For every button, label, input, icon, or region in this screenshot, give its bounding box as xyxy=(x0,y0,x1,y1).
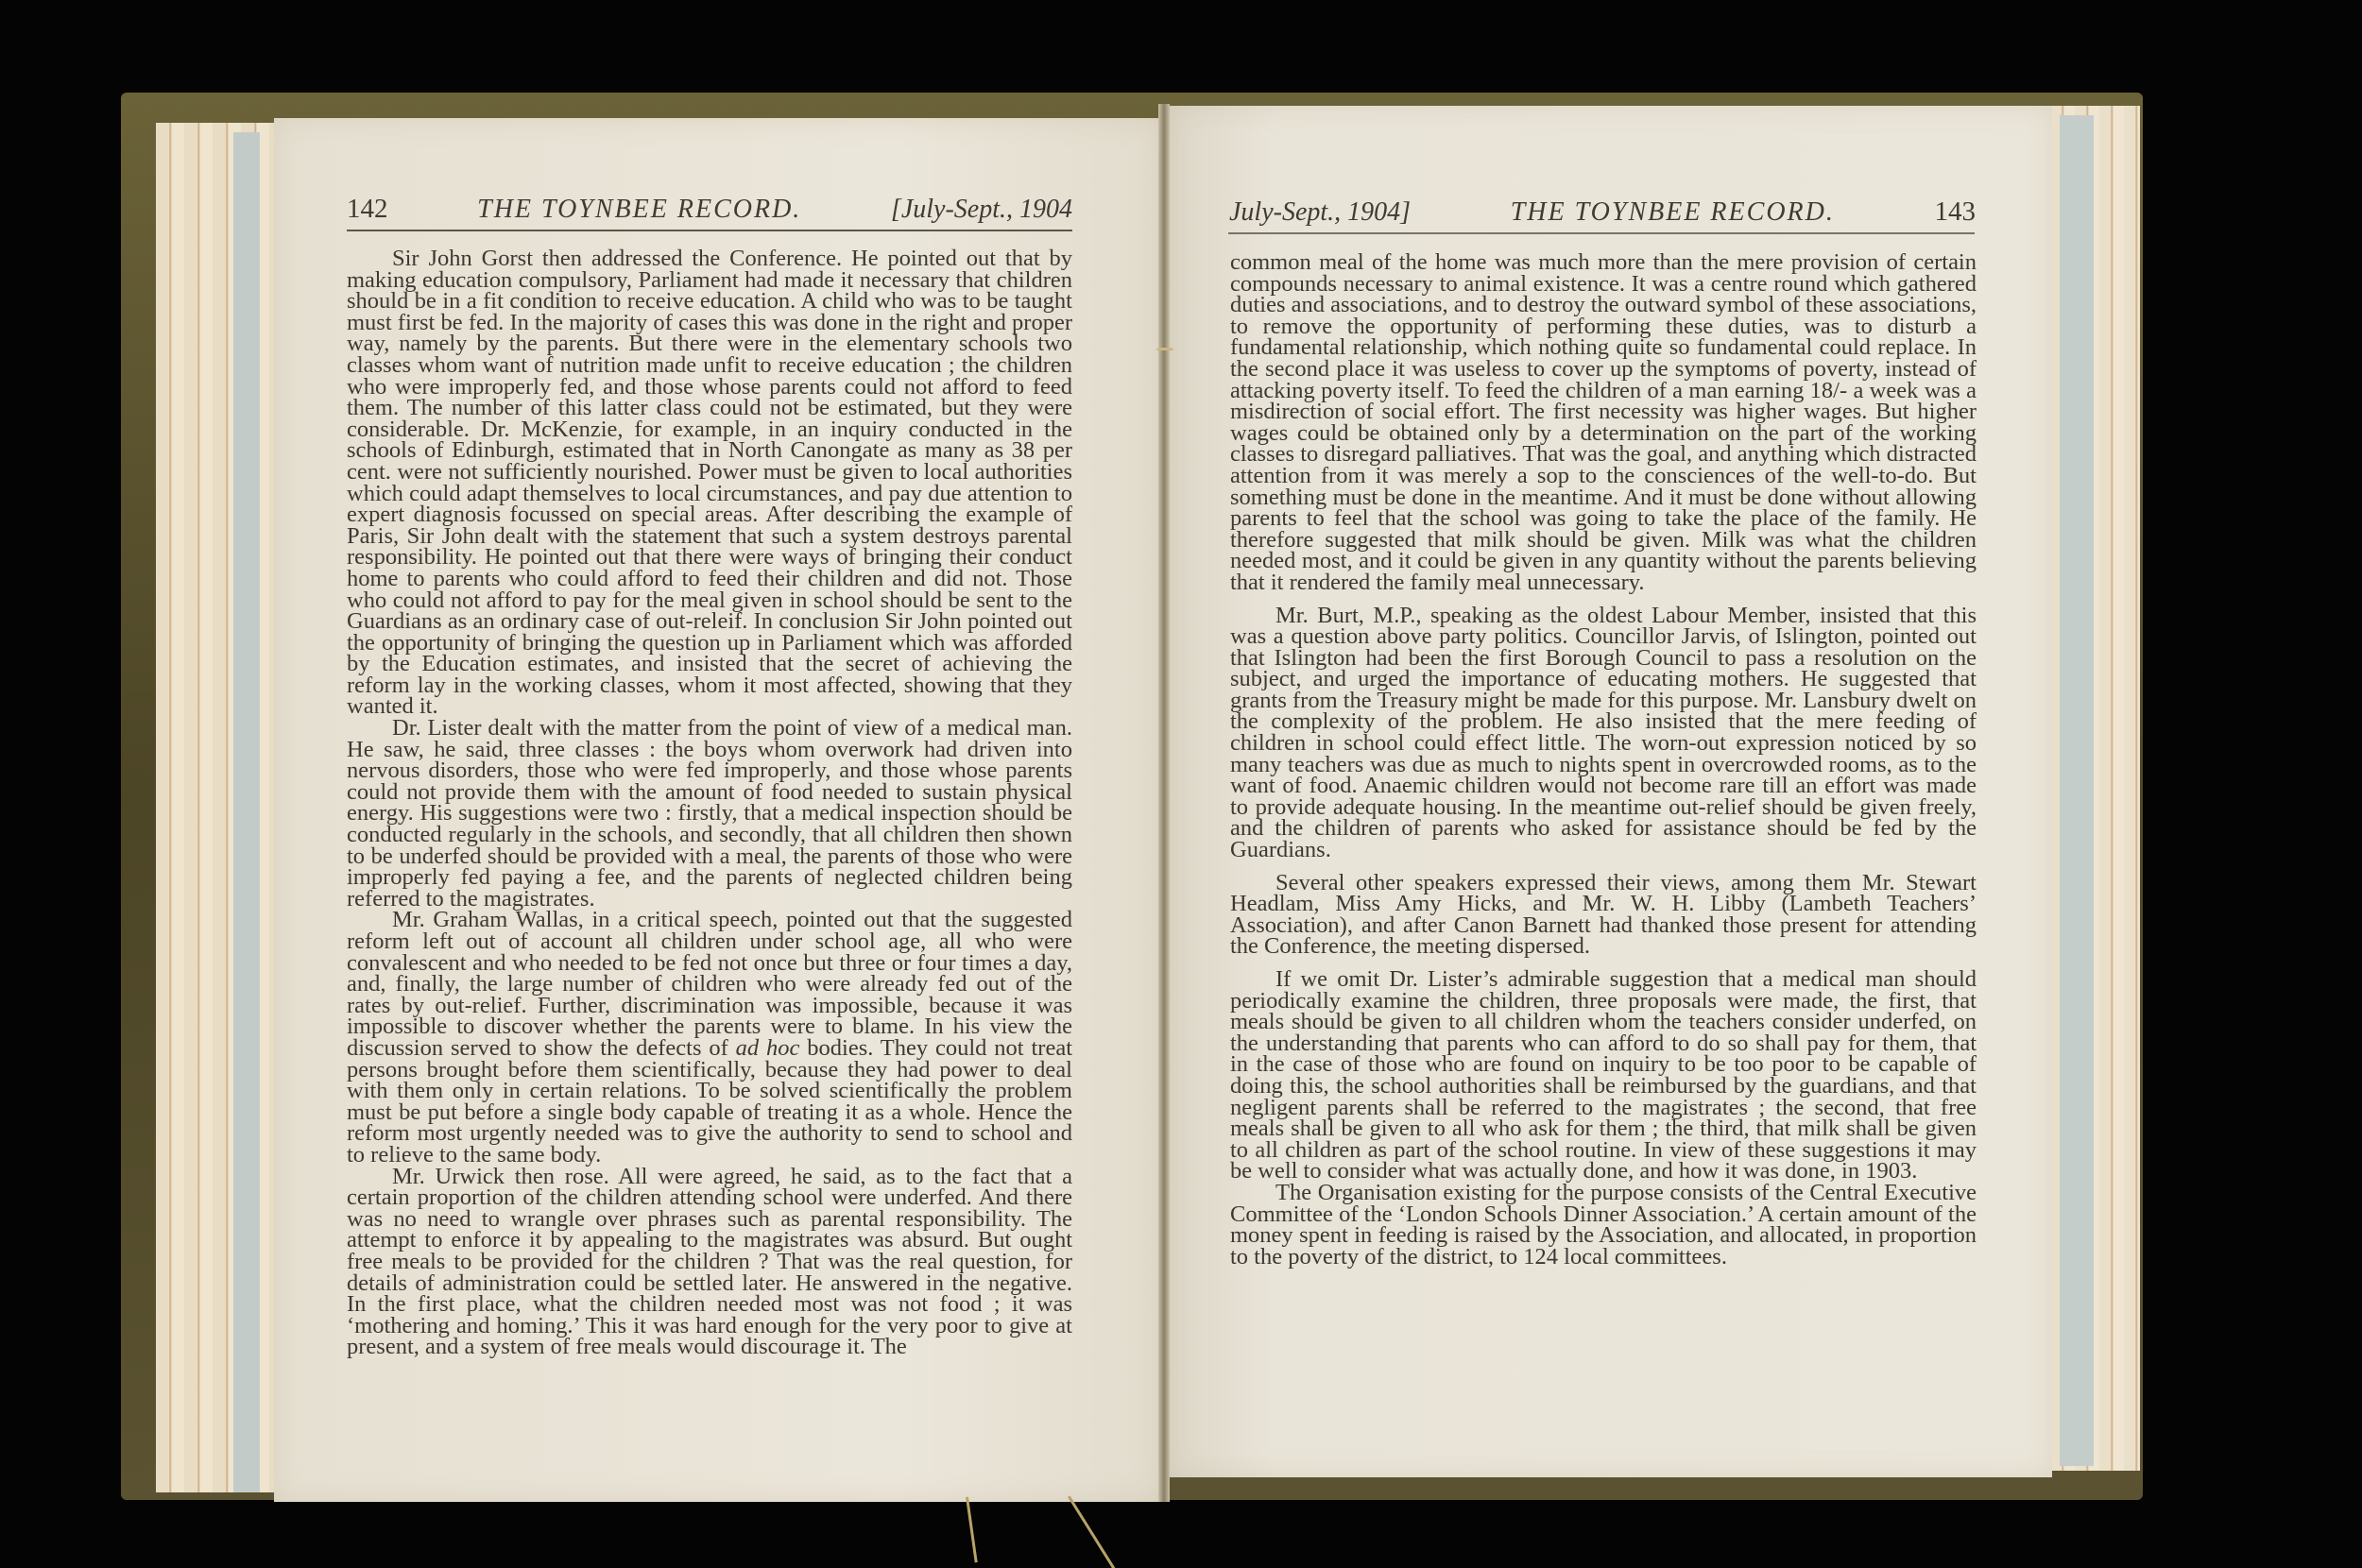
book-gutter xyxy=(1158,104,1170,1502)
paragraph-wallas: Mr. Graham Wallas, in a critical speech,… xyxy=(347,910,1072,1166)
paragraph-urwick: Mr. Urwick then rose. All were agreed, h… xyxy=(347,1167,1072,1358)
right-page-block-edges xyxy=(2050,106,2140,1471)
running-title: THE TOYNBEE RECORD. xyxy=(477,195,801,225)
left-page: 142 THE TOYNBEE RECORD. [July-Sept., 190… xyxy=(274,118,1162,1502)
paragraph-gorst: Sir John Gorst then addressed the Confer… xyxy=(347,248,1072,718)
paragraph-organisation: The Organisation existing for the purpos… xyxy=(1230,1183,1977,1268)
blue-endpaper-edge xyxy=(233,132,260,1492)
header-rule xyxy=(347,230,1072,231)
paragraph-burt: Mr. Burt, M.P., speaking as the oldest L… xyxy=(1230,605,1977,861)
bookmark-ribbon xyxy=(1068,1495,1115,1568)
left-page-body: Sir John Gorst then addressed the Confer… xyxy=(347,248,1072,1358)
right-running-header: July-Sept., 1904] THE TOYNBEE RECORD. 14… xyxy=(1229,196,1976,228)
paragraph-urwick-continued: common meal of the home was much more th… xyxy=(1230,252,1977,594)
blue-endpaper-edge xyxy=(2060,115,2094,1466)
left-running-header: 142 THE TOYNBEE RECORD. [July-Sept., 190… xyxy=(347,194,1072,225)
bookmark-ribbon xyxy=(966,1497,978,1563)
paragraph-other-speakers: Several other speakers expressed their v… xyxy=(1230,873,1977,958)
paragraph-lister: Dr. Lister dealt with the matter from th… xyxy=(347,718,1072,910)
binding-thread xyxy=(1156,348,1173,362)
right-page-body: common meal of the home was much more th… xyxy=(1230,252,1977,1268)
header-rule xyxy=(1228,232,1975,234)
paragraph-proposals: If we omit Dr. Lister’s admirable sugges… xyxy=(1230,969,1977,1183)
right-page: July-Sept., 1904] THE TOYNBEE RECORD. 14… xyxy=(1168,106,2052,1477)
left-page-block-edges xyxy=(156,123,288,1492)
page-number: 142 xyxy=(347,194,388,225)
issue-date: [July-Sept., 1904 xyxy=(891,195,1072,225)
page-number: 143 xyxy=(1934,196,1976,228)
issue-date: July-Sept., 1904] xyxy=(1229,197,1411,228)
running-title: THE TOYNBEE RECORD. xyxy=(1511,197,1835,228)
